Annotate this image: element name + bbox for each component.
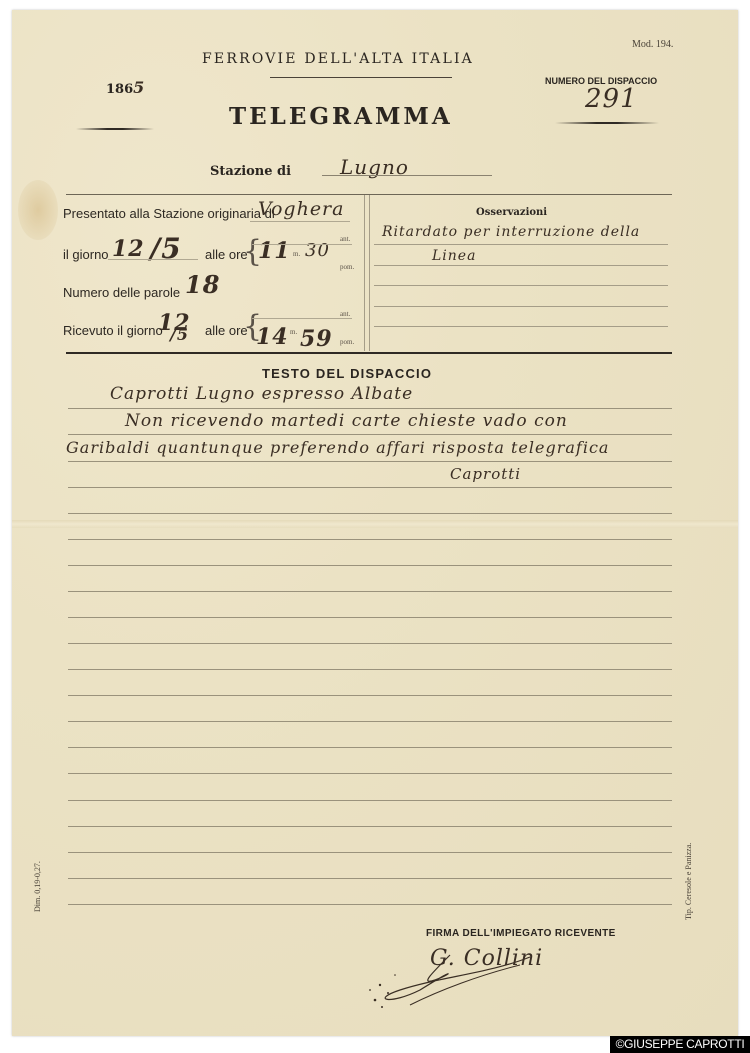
observations-line-2: Linea [432, 248, 476, 264]
writing-rule [68, 747, 672, 748]
time-hour: 11 [258, 238, 291, 264]
writing-rule [68, 826, 672, 827]
signature-label: FIRMA DELL'IMPIEGATO RICEVENTE [426, 928, 616, 939]
station-label: Stazione di [210, 164, 291, 179]
writing-rule [68, 487, 672, 488]
paper-fold [12, 520, 738, 528]
received-time-label: alle ore [205, 323, 248, 338]
company-name: FERROVIE DELL'ALTA ITALIA [202, 51, 474, 67]
dispatch-text-label: TESTO DEL DISPACCIO [262, 366, 432, 381]
header-box-bottom-rule [66, 352, 672, 354]
writing-rule [68, 513, 672, 514]
writing-rule [68, 669, 672, 670]
writing-rule [68, 721, 672, 722]
day-line [108, 259, 198, 260]
year-handwritten: 5 [133, 78, 145, 97]
column-divider-inner [369, 195, 370, 351]
observations-rule-4 [374, 306, 668, 307]
right-margin-print: Tip. Ceresole e Panizza. [684, 843, 693, 920]
received-m-label: m. [290, 328, 297, 336]
writing-rule [68, 800, 672, 801]
telegram-title: TELEGRAMMA [229, 103, 453, 130]
writing-rule [68, 591, 672, 592]
observations-rule-1 [374, 244, 668, 245]
observations-rule-3 [374, 285, 668, 286]
word-count-value: 18 [185, 270, 220, 299]
writing-rule [68, 878, 672, 879]
form-code: Mod. 194. [632, 39, 673, 50]
received-minutes: 59 [300, 326, 333, 352]
writing-rule [68, 434, 672, 435]
writing-rule [68, 617, 672, 618]
column-divider [364, 195, 365, 351]
dispatch-line-1: Caprotti Lugno espresso Albate [110, 384, 413, 404]
writing-rule [68, 773, 672, 774]
received-time-line [252, 318, 352, 319]
paper-stain [18, 180, 58, 240]
received-label: Ricevuto il giorno [63, 323, 163, 338]
dispatch-line-4: Caprotti [450, 465, 521, 483]
writing-rule [68, 539, 672, 540]
writing-rule [68, 565, 672, 566]
observations-line-1: Ritardato per interruzione della [382, 224, 640, 240]
origin-label: Presentato alla Stazione originaria di [63, 206, 275, 221]
writing-rule [68, 695, 672, 696]
writing-rule [68, 852, 672, 853]
ant-label: ant. [340, 235, 350, 243]
writing-rule [68, 904, 672, 905]
dispatch-number-value: 291 [585, 84, 638, 114]
writing-rule [68, 643, 672, 644]
received-pom-label: pom. [340, 338, 354, 346]
writing-rule [68, 461, 672, 462]
received-hour: 14 [256, 324, 289, 350]
dispatch-line-3: Garibaldi quantunque preferendo affari r… [66, 438, 609, 457]
year-label: 1865 [106, 78, 145, 97]
left-ornament [76, 128, 154, 130]
writing-rule [68, 408, 672, 409]
observations-rule-2 [374, 265, 668, 266]
month-value: /5 [150, 232, 182, 265]
signature-flourish [360, 945, 540, 1015]
year-printed: 186 [106, 82, 133, 97]
right-ornament [555, 122, 659, 124]
origin-value: Voghera [258, 198, 344, 220]
received-month: /5 [170, 325, 189, 344]
origin-line [250, 221, 350, 222]
copyright-watermark: ©GIUSEPPE CAPROTTI [610, 1036, 750, 1053]
word-count-label: Numero delle parole [63, 285, 180, 300]
day-label: il giorno [63, 247, 109, 262]
received-ant-label: ant. [340, 310, 350, 318]
station-line [322, 175, 492, 176]
dispatch-line-2: Non ricevendo martedi carte chieste vado… [125, 411, 568, 431]
time-label: alle ore [205, 247, 248, 262]
time-m-label: m. [293, 250, 300, 258]
pom-label: pom. [340, 263, 354, 271]
left-margin-print: Dim. 0,19-0,27. [33, 861, 42, 912]
time-line-top [252, 244, 352, 245]
company-underline [270, 77, 452, 78]
observations-label: Osservazioni [476, 207, 547, 218]
observations-rule-5 [374, 326, 668, 327]
